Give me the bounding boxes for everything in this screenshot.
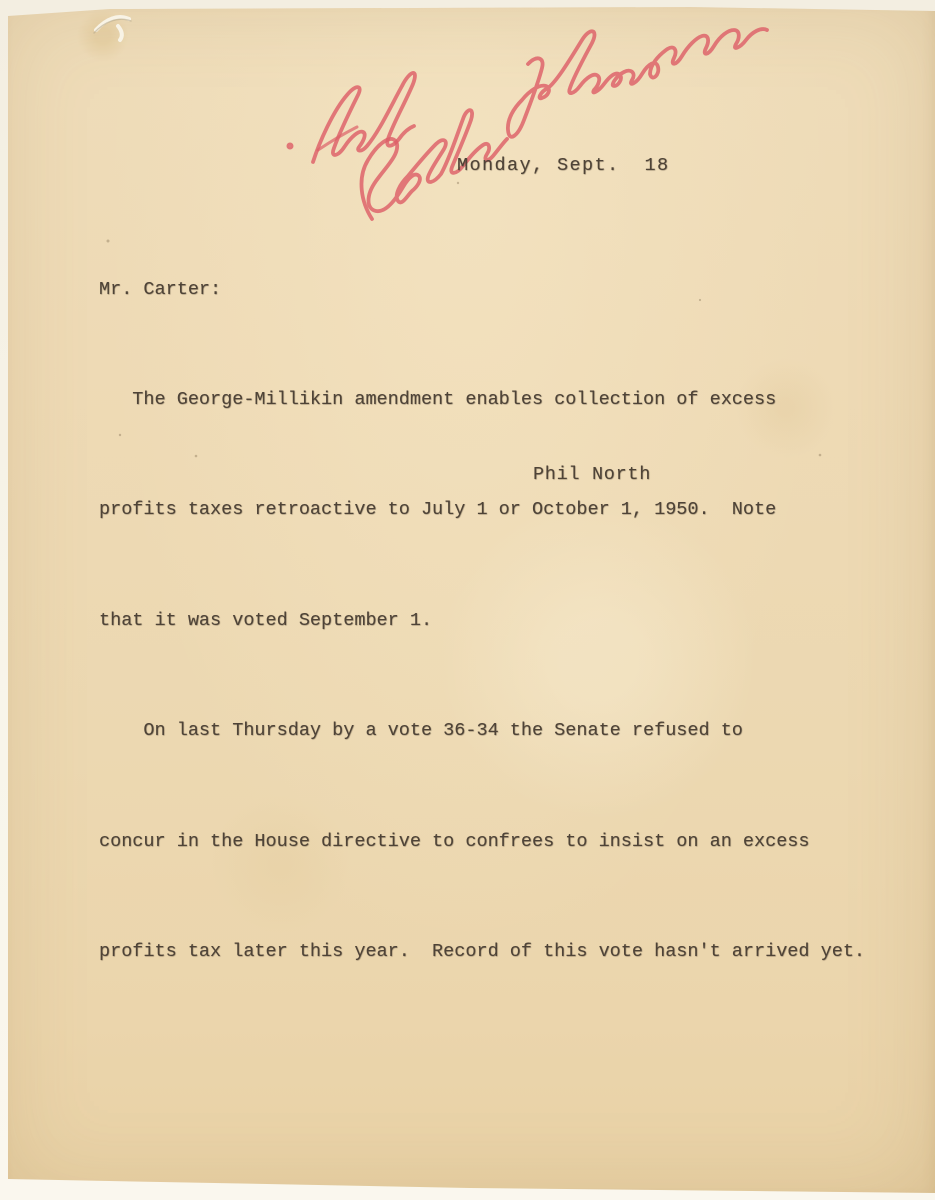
memo-body: Mr. Carter: The George-Millikin amendmen… — [99, 198, 865, 1044]
memo-line: profits taxes retroactive to July 1 or O… — [99, 492, 865, 529]
date-line: Monday, Sept. 18 — [457, 155, 670, 176]
memo-line-salutation: Mr. Carter: — [99, 272, 865, 309]
memo-line: The George-Millikin amendment enables co… — [99, 382, 865, 419]
memo-line: On last Thursday by a vote 36-34 the Sen… — [99, 713, 865, 750]
signature: Phil North — [533, 464, 651, 485]
scanned-memo-document: Monday, Sept. 18 Mr. Carter: The George-… — [0, 0, 935, 1200]
memo-line: profits tax later this year. Record of t… — [99, 934, 865, 971]
memo-line: concur in the House directive to confree… — [99, 824, 865, 861]
typed-text-layer: Monday, Sept. 18 Mr. Carter: The George-… — [0, 0, 935, 1200]
memo-line: that it was voted September 1. — [99, 603, 865, 640]
